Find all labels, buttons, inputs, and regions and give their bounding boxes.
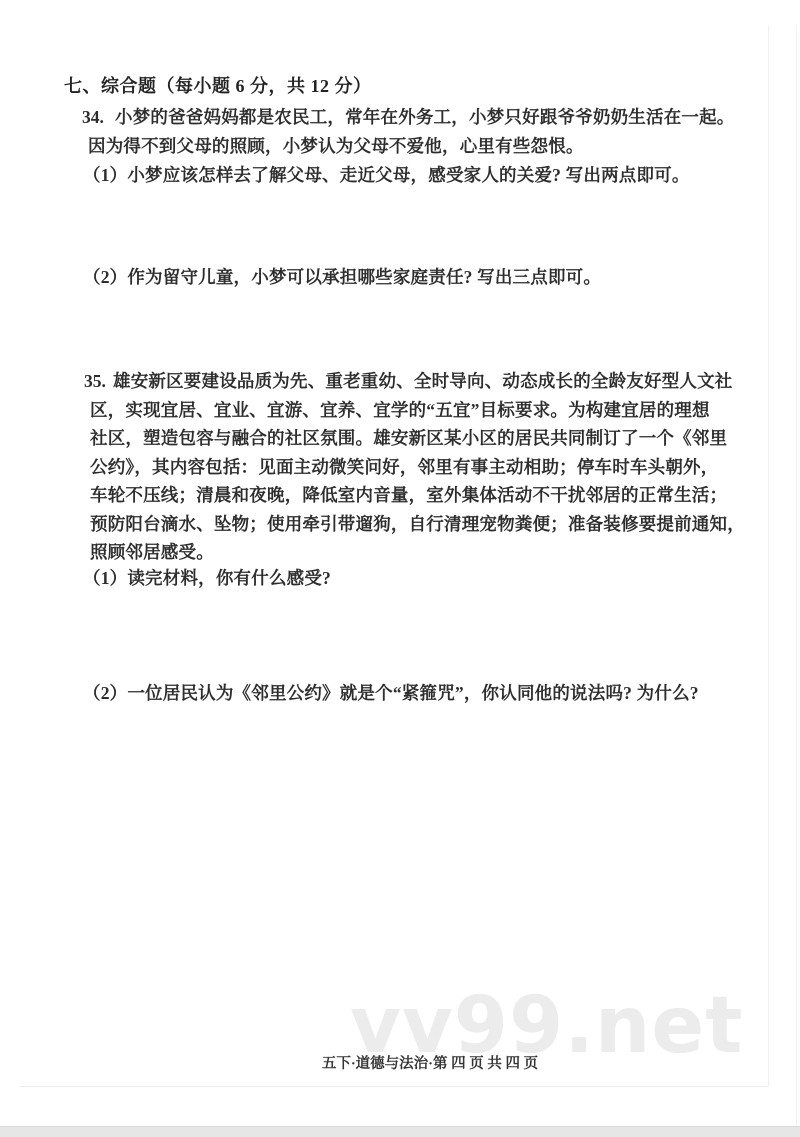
sub-question: （2）作为留守儿童，小梦可以承担哪些家庭责任? 写出三点即可。 [83, 263, 601, 292]
question-stem-line: 小梦的爸爸妈妈都是农民工，常年在外务工，小梦只好跟爷爷奶奶生活在一起。 [115, 103, 735, 132]
question-stem-line: 雄安新区要建设品质为先、重老重幼、全时导向、动态成长的全龄友好型人文社 [113, 367, 745, 396]
question-stem-line: 公约》，其内容包括：见面主动微笑问好，邻里有事主动相助；停车时车头朝外， [90, 453, 745, 482]
scan-bottom-strip [0, 1126, 800, 1137]
sub-question: （1）读完材料，你有什么感受? [83, 564, 331, 593]
question-stem-line: 区，实现宜居、宜业、宜游、宜养、宜学的“五宜”目标要求。为构建宜居的理想 [90, 396, 745, 425]
scan-edge-right [796, 25, 797, 1126]
question-35: 35. 雄安新区要建设品质为先、重老重幼、全时导向、动态成长的全龄友好型人文社 … [90, 367, 745, 567]
question-stem-line: 因为得不到父母的照顾，小梦认为父母不爱他，心里有些怨恨。 [88, 132, 735, 161]
question-stem-line: 照顾邻居感受。 [90, 538, 745, 567]
page-edge-bottom [20, 1086, 768, 1087]
page-footer: 五下·道德与法治·第 四 页 共 四 页 [322, 1052, 538, 1073]
sub-question: （1）小梦应该怎样去了解父母、走近父母，感受家人的关爱? 写出两点即可。 [83, 161, 690, 190]
question-number: 34. [82, 103, 104, 132]
sub-question: （2）一位居民认为《邻里公约》就是个“紧箍咒”，你认同他的说法吗? 为什么? [83, 679, 699, 708]
question-stem-line: 预防阳台滴水、坠物；使用牵引带遛狗，自行清理宠物粪便；准备装修要提前通知， [90, 510, 745, 539]
question-stem-line: 车轮不压线；清晨和夜晚，降低室内音量，室外集体活动不干扰邻居的正常生活； [90, 481, 745, 510]
scanned-exam-page: 七、综合题（每小题 6 分，共 12 分） 34. 小梦的爸爸妈妈都是农民工，常… [0, 0, 800, 1137]
page-edge-right [768, 25, 769, 1087]
section-heading: 七、综合题（每小题 6 分，共 12 分） [64, 72, 372, 98]
question-34: 34. 小梦的爸爸妈妈都是农民工，常年在外务工，小梦只好跟爷爷奶奶生活在一起。 … [88, 103, 735, 161]
question-number: 35. [84, 367, 106, 396]
question-stem-line: 社区，塑造包容与融合的社区氛围。雄安新区某小区的居民共同制订了一个《邻里 [90, 424, 745, 453]
